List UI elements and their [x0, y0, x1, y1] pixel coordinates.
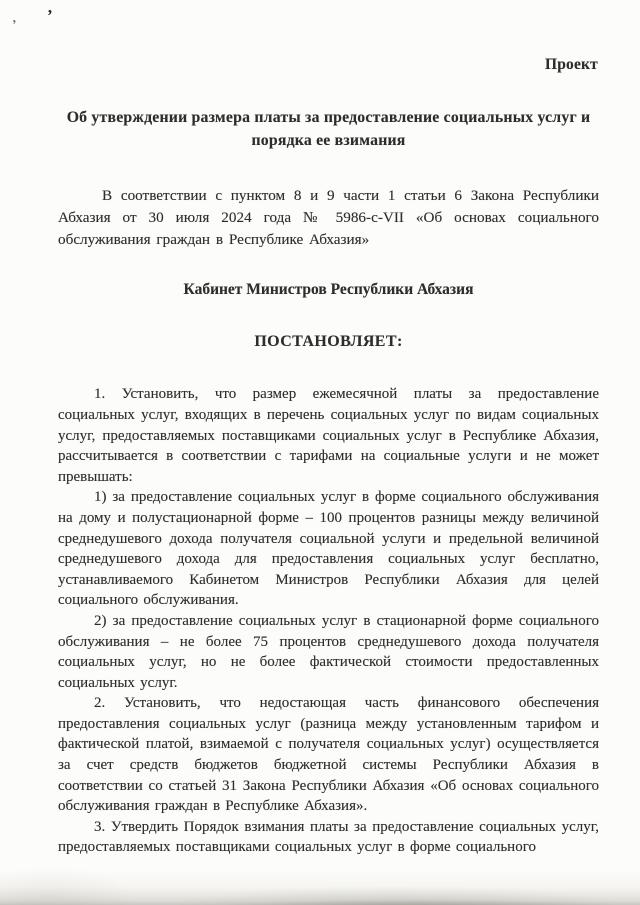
authority-line: Кабинет Министров Республики Абхазия	[58, 281, 599, 299]
scan-artifact-right: ’	[47, 6, 53, 26]
clause-1: 1. Установить, что размер ежемесячной пл…	[58, 384, 599, 487]
clause-2: 2. Установить, что недостающая часть фин…	[58, 693, 599, 817]
clause-3: 3. Утвердить Порядок взимания платы за п…	[58, 817, 599, 858]
subclause-1-2: 2) за предоставление социальных услуг в …	[58, 611, 599, 693]
document-content: Об утверждении размера платы за предоста…	[58, 0, 599, 858]
scan-bottom-shadow	[0, 887, 640, 905]
preamble-paragraph: В соответствии с пунктом 8 и 9 части 1 с…	[58, 185, 599, 250]
scan-artifact-left: ,	[10, 10, 17, 26]
document-title: Об утверждении размера платы за предоста…	[66, 106, 591, 152]
resolution-word: ПОСТАНОВЛЯЕТ:	[58, 333, 599, 351]
subclause-1-1: 1) за предоставление социальных услуг в …	[58, 487, 599, 611]
scanned-document-page: , ’ Проект Об утверждении размера платы …	[0, 0, 640, 905]
resolution-body: 1. Установить, что размер ежемесячной пл…	[58, 384, 599, 858]
